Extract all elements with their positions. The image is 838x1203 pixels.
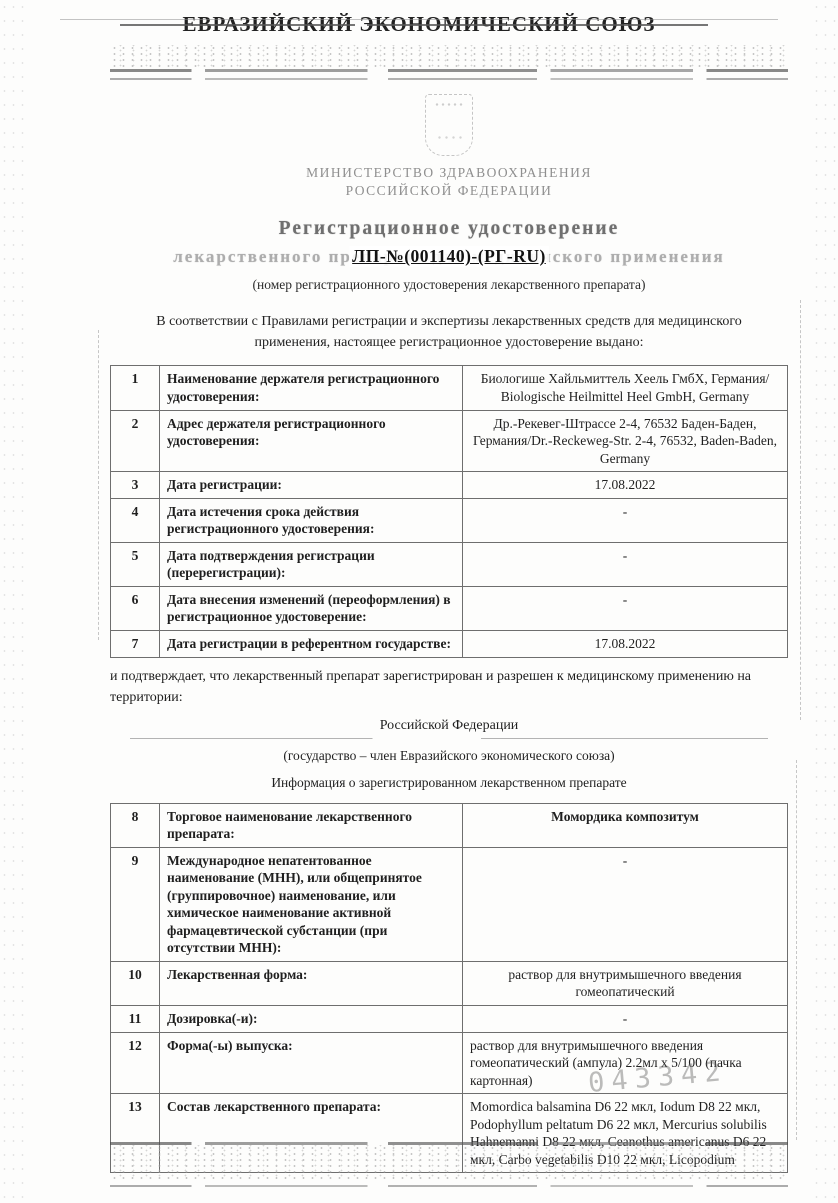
table-row: 9 Международное непатентованное наименов… bbox=[111, 847, 788, 961]
row-number: 7 bbox=[111, 631, 160, 658]
row-label: Торговое наименование лекарственного пре… bbox=[160, 803, 463, 847]
table-row: 3 Дата регистрации: 17.08.2022 bbox=[111, 472, 788, 499]
scan-vertical-dash-right bbox=[800, 300, 801, 720]
row-number: 5 bbox=[111, 542, 160, 586]
row-number: 11 bbox=[111, 1006, 160, 1033]
scan-vertical-dash-left bbox=[98, 330, 99, 640]
row-number: 1 bbox=[111, 366, 160, 410]
document-title-line2-wrap: лекарственного препарата для медицинског… bbox=[110, 247, 788, 271]
document-title-line1: Регистрационное удостоверение bbox=[110, 218, 788, 240]
product-info-table: 8 Торговое наименование лекарственного п… bbox=[110, 803, 788, 1174]
scan-smudge-line-1 bbox=[110, 69, 788, 72]
table-row: 7 Дата регистрации в референтном государ… bbox=[111, 631, 788, 658]
coat-of-arms-icon bbox=[425, 94, 473, 156]
row-number: 4 bbox=[111, 498, 160, 542]
registration-number-stamp: ЛП-№(001140)-(РГ-RU) bbox=[349, 246, 549, 267]
row-value: 17.08.2022 bbox=[463, 472, 788, 499]
table-row: 2 Адрес держателя регистрационного удост… bbox=[111, 410, 788, 472]
scan-smudge-line-2 bbox=[110, 78, 788, 80]
row-number: 6 bbox=[111, 586, 160, 630]
table-row: 5 Дата подтверждения регистрации (перере… bbox=[111, 542, 788, 586]
row-number: 9 bbox=[111, 847, 160, 961]
scan-noise-band-bottom bbox=[110, 1142, 788, 1187]
row-label: Дата регистрации: bbox=[160, 472, 463, 499]
row-label: Дата подтверждения регистрации (перереги… bbox=[160, 542, 463, 586]
table-row: 11 Дозировка(-и): - bbox=[111, 1006, 788, 1033]
holder-info-table: 1 Наименование держателя регистрационног… bbox=[110, 365, 788, 657]
row-number: 2 bbox=[111, 410, 160, 472]
row-label: Дата истечения срока действия регистраци… bbox=[160, 498, 463, 542]
row-label: Адрес держателя регистрационного удостов… bbox=[160, 410, 463, 472]
scan-noise-band-top bbox=[110, 45, 788, 69]
row-value: 17.08.2022 bbox=[463, 631, 788, 658]
row-label: Дозировка(-и): bbox=[160, 1006, 463, 1033]
intro-paragraph: В соответствии с Правилами регистрации и… bbox=[119, 311, 779, 353]
row-label: Лекарственная форма: bbox=[160, 961, 463, 1005]
row-label: Дата регистрации в референтном государст… bbox=[160, 631, 463, 658]
row-number: 10 bbox=[111, 961, 160, 1005]
ministry-line2: РОССИЙСКОЙ ФЕДЕРАЦИИ bbox=[110, 182, 788, 200]
scan-smudge-line-4 bbox=[110, 1185, 788, 1187]
row-label: Дата внесения изменений (переоформления)… bbox=[160, 586, 463, 630]
ministry-line1: МИНИСТЕРСТВО ЗДРАВООХРАНЕНИЯ bbox=[110, 164, 788, 182]
row-label: Форма(-ы) выпуска: bbox=[160, 1032, 463, 1094]
registered-product-info-heading: Информация о зарегистрированном лекарств… bbox=[110, 775, 788, 791]
registration-number-caption: (номер регистрационного удостоверения ле… bbox=[110, 277, 788, 293]
scan-noise-left-edge bbox=[0, 0, 26, 1203]
scan-noise-speckles-bottom bbox=[110, 1145, 788, 1179]
row-label: Наименование держателя регистрационного … bbox=[160, 366, 463, 410]
row-value: - bbox=[463, 1006, 788, 1033]
row-value: Биологише Хайльмиттель Хеель ГмбХ, Герма… bbox=[463, 366, 788, 410]
row-value: раствор для внутримышечного введения гом… bbox=[463, 961, 788, 1005]
row-value: Момордика композитум bbox=[463, 803, 788, 847]
territory-caption: (государство – член Евразийского экономи… bbox=[110, 748, 788, 764]
table-row: 1 Наименование держателя регистрационног… bbox=[111, 366, 788, 410]
scan-line-under-territory bbox=[130, 738, 767, 739]
confirmation-paragraph: и подтверждает, что лекарственный препар… bbox=[110, 666, 788, 708]
row-value: - bbox=[463, 586, 788, 630]
row-value: - bbox=[463, 542, 788, 586]
strikethrough-artifact bbox=[120, 24, 708, 26]
territory-name: Российской Федерации bbox=[110, 718, 788, 734]
row-value: - bbox=[463, 498, 788, 542]
strikethrough-artifact-2 bbox=[60, 19, 778, 20]
scanned-document-page: ЕВРАЗИЙСКИЙ ЭКОНОМИЧЕСКИЙ СОЮЗ МИНИСТЕРС… bbox=[0, 0, 838, 1203]
table-row: 8 Торговое наименование лекарственного п… bbox=[111, 803, 788, 847]
table-row: 6 Дата внесения изменений (переоформлени… bbox=[111, 586, 788, 630]
row-number: 3 bbox=[111, 472, 160, 499]
row-label: Международное непатентованное наименован… bbox=[160, 847, 463, 961]
union-header-title: ЕВРАЗИЙСКИЙ ЭКОНОМИЧЕСКИЙ СОЮЗ bbox=[0, 0, 838, 37]
scan-vertical-dash-right-2 bbox=[796, 760, 797, 1140]
table-row: 4 Дата истечения срока действия регистра… bbox=[111, 498, 788, 542]
ministry-name: МИНИСТЕРСТВО ЗДРАВООХРАНЕНИЯ РОССИЙСКОЙ … bbox=[110, 164, 788, 200]
table-row: 10 Лекарственная форма: раствор для внут… bbox=[111, 961, 788, 1005]
row-value: - bbox=[463, 847, 788, 961]
scan-noise-right-edge bbox=[812, 0, 838, 1203]
row-value: Др.-Рекевег-Штрассе 2-4, 76532 Баден-Бад… bbox=[463, 410, 788, 472]
row-number: 8 bbox=[111, 803, 160, 847]
row-number: 12 bbox=[111, 1032, 160, 1094]
